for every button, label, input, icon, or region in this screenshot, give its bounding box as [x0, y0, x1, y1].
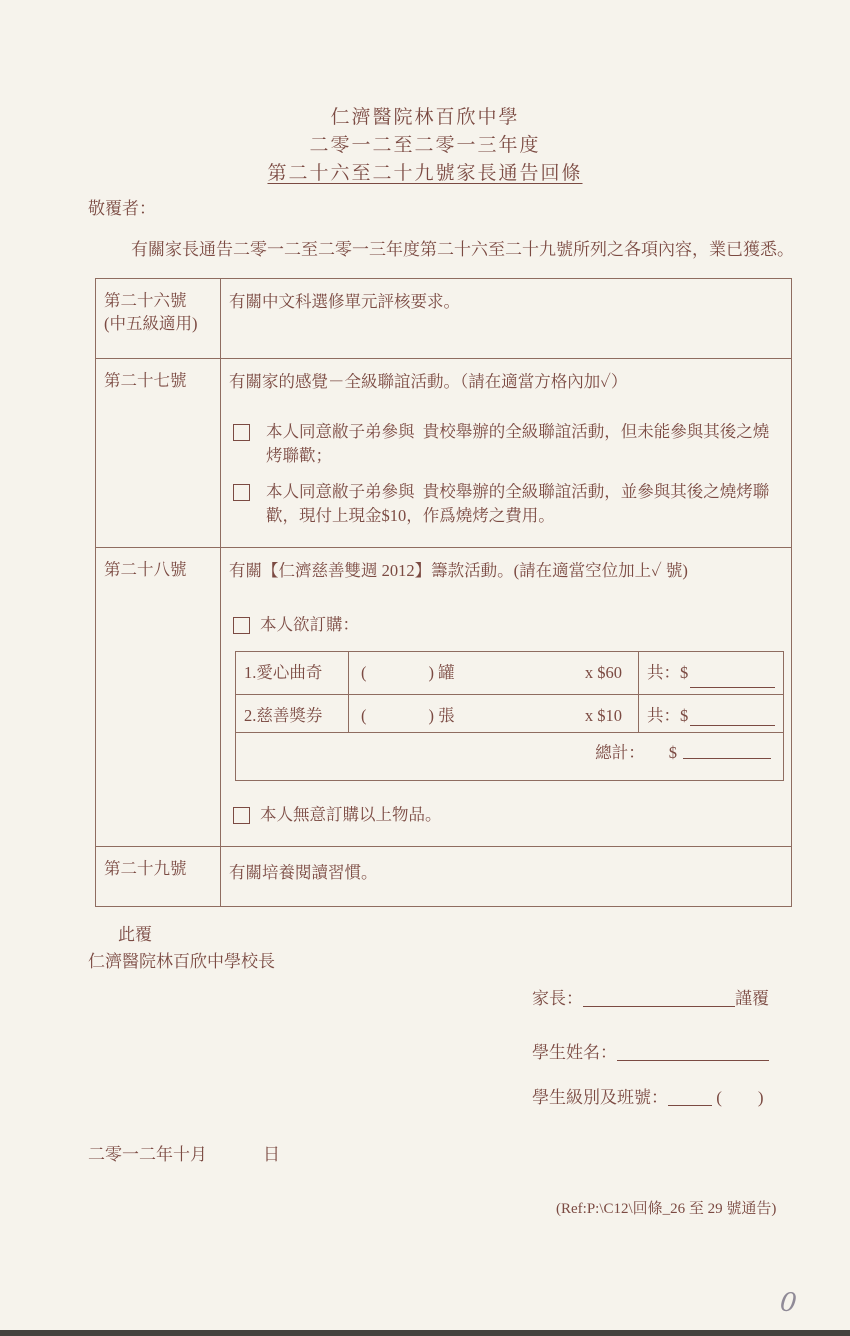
principal-line: 仁濟醫院林百欣中學校長	[88, 947, 275, 972]
table-row-29: 第二十九號 有關培養閱讀習慣。	[96, 846, 791, 906]
document-title: 第二十六至二十九號家長通告回條	[0, 160, 850, 188]
file-reference: (Ref:P:\C12\回條_26 至 29 號通告)	[556, 1197, 776, 1218]
intro-paragraph: 有關家長通告二零一二至二零一三年度第二十六至二十九號所列之各項內容，業已獲悉。	[95, 238, 795, 262]
handwritten-mark: 0	[778, 1287, 798, 1319]
school-name: 仁濟醫院林百欣中學	[0, 104, 850, 132]
class-paren-open: (	[716, 1088, 722, 1107]
salutation: 敬覆者：	[88, 194, 156, 219]
row-29-label: 第二十九號	[104, 857, 214, 880]
unit-price-2: x $10	[585, 704, 622, 732]
row-29-content-cell: 有關培養閱讀習慣。	[221, 847, 791, 906]
row-27-label: 第二十七號	[104, 369, 214, 392]
table-row-28: 第二十八號 有關【仁濟慈善雙週 2012】籌款活動。(請在適當空位加上✓ 號) …	[96, 547, 791, 846]
row-26-label-note: (中五級適用)	[104, 312, 214, 335]
row-26-content-cell: 有關中文科選修單元評核要求。	[221, 279, 791, 358]
checkbox-decline[interactable]	[233, 807, 250, 824]
subtotal-label-2: 共：$	[647, 704, 688, 732]
notice-items-table: 第二十六號 (中五級適用) 有關中文科選修單元評核要求。 第二十七號 有關家的感…	[95, 278, 792, 907]
qty-close-unit: ) 張	[429, 704, 455, 732]
class-paren-close: )	[758, 1088, 764, 1107]
row-27-heading: 有關家的感覺－全級聯誼活動。（請在適當方格內加✓）	[229, 370, 781, 394]
row-28-decline-option: 本人無意訂購以上物品。	[229, 803, 784, 827]
parent-signature-blank[interactable]	[583, 989, 735, 1007]
document-header: 仁濟醫院林百欣中學 二零一二至二零一三年度 第二十六至二十九號家長通告回條	[0, 104, 850, 188]
scanner-edge-shadow	[0, 1330, 850, 1336]
order-item-1-subtotal-cell: 共：$	[638, 652, 783, 694]
decline-option-label: 本人無意訂購以上物品。	[260, 803, 442, 827]
order-item-1-name: 1.愛心曲奇	[236, 652, 348, 694]
unit-price-1: x $60	[585, 661, 622, 694]
qty-fill-blank-1[interactable]	[367, 661, 429, 694]
table-row-27: 第二十七號 有關家的感覺－全級聯誼活動。（請在適當方格內加✓） 本人同意敝子弟參…	[96, 358, 791, 547]
row-28-heading: 有關【仁濟慈善雙週 2012】籌款活動。(請在適當空位加上✓ 號)	[229, 559, 784, 583]
row-26-label: 第二十六號	[104, 289, 214, 312]
order-row-cookies: 1.愛心曲奇 ( ) 罐 x $60 共：$	[236, 652, 783, 694]
row-28-label-cell: 第二十八號	[96, 548, 221, 846]
row-26-label-cell: 第二十六號 (中五級適用)	[96, 279, 221, 358]
total-label: 總計：	[595, 741, 645, 765]
row-27-label-cell: 第二十七號	[96, 359, 221, 547]
table-row-26: 第二十六號 (中五級適用) 有關中文科選修單元評核要求。	[96, 279, 791, 358]
total-fill-blank[interactable]	[683, 741, 771, 759]
student-name-line: 學生姓名：	[532, 1038, 769, 1063]
checkbox-with-bbq[interactable]	[233, 484, 250, 501]
student-name-label: 學生姓名：	[532, 1043, 617, 1062]
row-28-content-cell: 有關【仁濟慈善雙週 2012】籌款活動。(請在適當空位加上✓ 號) 本人欲訂購：…	[221, 548, 794, 846]
order-table: 1.愛心曲奇 ( ) 罐 x $60 共：$ 2.慈善獎	[235, 651, 784, 781]
order-item-1-qty-cell: ( ) 罐 x $60	[348, 652, 638, 694]
row-29-content: 有關培養閱讀習慣。	[229, 861, 781, 885]
reply-phrase: 此覆	[118, 920, 152, 945]
date-day-blank: 日	[263, 1140, 280, 1165]
row-27-content-cell: 有關家的感覺－全級聯誼活動。（請在適當方格內加✓） 本人同意敝子弟參與 貴校舉辦…	[221, 359, 791, 547]
student-class-line: 學生級別及班號： ()	[532, 1083, 764, 1108]
row-27-option-1-text: 本人同意敝子弟參與 貴校舉辦的全級聯誼活動，但未能參與其後之燒烤聯歡；	[266, 420, 778, 468]
student-class-blank[interactable]	[668, 1088, 712, 1106]
order-item-2-name: 2.慈善獎券	[236, 695, 348, 732]
checkbox-order[interactable]	[233, 617, 250, 634]
row-28-label: 第二十八號	[104, 558, 214, 581]
subtotal-fill-blank-1[interactable]	[690, 661, 775, 688]
student-name-blank[interactable]	[617, 1043, 769, 1061]
row-27-option-2-text: 本人同意敝子弟參與 貴校舉辦的全級聯誼活動，並參與其後之燒烤聯歡，現付上現金$1…	[266, 480, 778, 528]
date-line: 二零一二年十月日	[88, 1140, 280, 1165]
order-total-row: 總計： $	[236, 732, 783, 780]
order-row-raffle: 2.慈善獎券 ( ) 張 x $10 共：$	[236, 694, 783, 732]
student-class-label: 學生級別及班號：	[532, 1088, 668, 1107]
qty-close-unit: ) 罐	[429, 661, 455, 694]
scanned-notice-page: 仁濟醫院林百欣中學 二零一二至二零一三年度 第二十六至二十九號家長通告回條 敬覆…	[0, 0, 850, 1336]
order-item-2-qty-cell: ( ) 張 x $10	[348, 695, 638, 732]
row-27-option-2: 本人同意敝子弟參與 貴校舉辦的全級聯誼活動，並參與其後之燒烤聯歡，現付上現金$1…	[229, 480, 781, 528]
order-item-2-subtotal-cell: 共：$	[638, 695, 783, 732]
parent-label: 家長：	[532, 989, 583, 1008]
row-29-label-cell: 第二十九號	[96, 847, 221, 906]
row-26-content: 有關中文科選修單元評核要求。	[229, 290, 781, 314]
checkbox-no-bbq[interactable]	[233, 424, 250, 441]
row-27-option-1: 本人同意敝子弟參與 貴校舉辦的全級聯誼活動，但未能參與其後之燒烤聯歡；	[229, 420, 781, 468]
parent-signature-line: 家長：謹覆	[532, 984, 769, 1009]
subtotal-fill-blank-2[interactable]	[690, 704, 775, 726]
date-text: 二零一二年十月	[88, 1145, 207, 1164]
parent-suffix: 謹覆	[735, 989, 769, 1008]
school-year: 二零一二至二零一三年度	[0, 132, 850, 160]
subtotal-label-1: 共：$	[647, 661, 688, 694]
order-option-label: 本人欲訂購：	[260, 613, 359, 637]
qty-fill-blank-2[interactable]	[367, 704, 429, 732]
row-28-order-option: 本人欲訂購：	[229, 613, 784, 637]
total-currency: $	[669, 741, 677, 765]
